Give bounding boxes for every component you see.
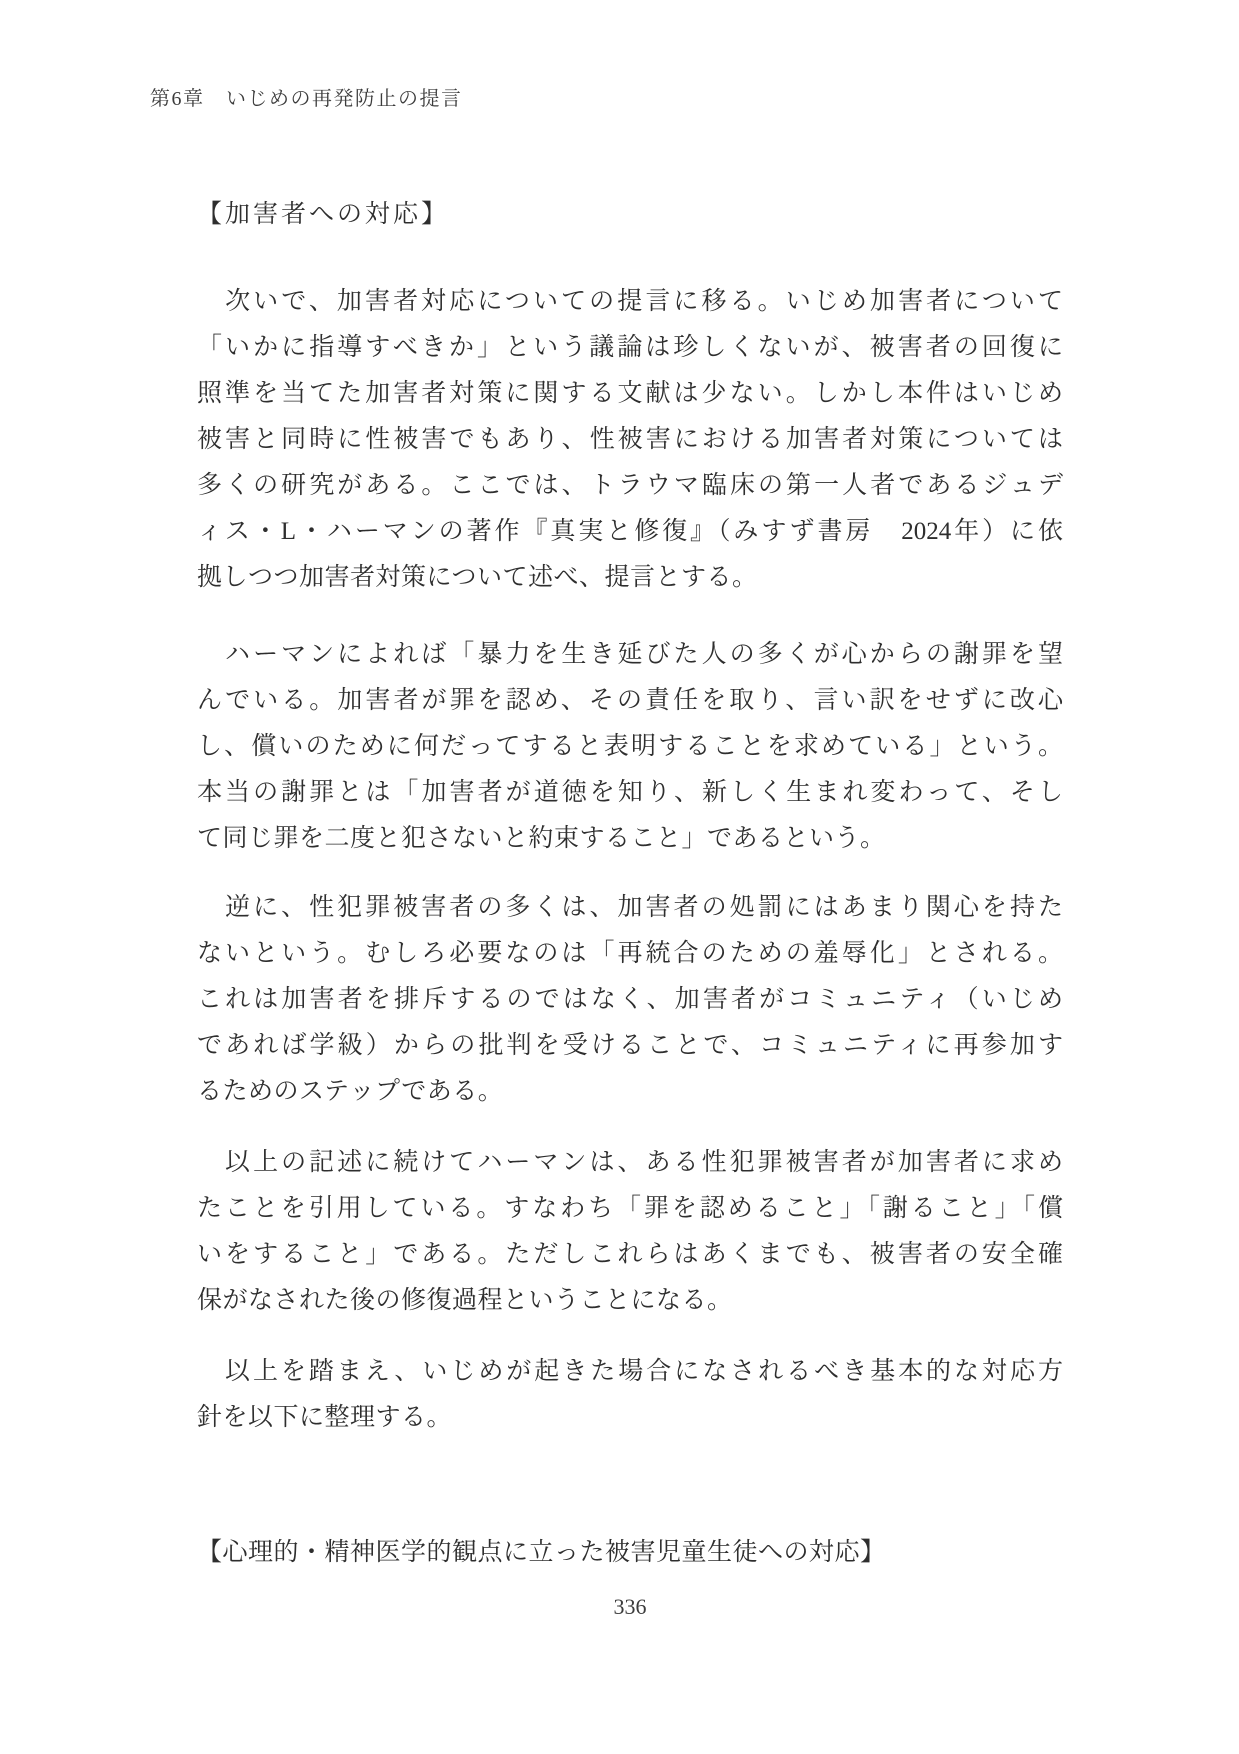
text-line: これは加害者を排斥するのではなく、加害者がコミュニティ（いじめ — [197, 977, 1063, 1023]
running-header: 第6章 いじめの再発防止の提言 — [150, 82, 463, 111]
paragraph-summary-policy: 以上を踏まえ、いじめが起きた場合になされるべき基本的な対応方針を以下に整理する。 — [197, 1349, 1063, 1441]
text-line: 保がなされた後の修復過程ということになる。 — [197, 1278, 1063, 1324]
text-line: ハーマンによれば「暴力を生き延びた人の多くが心からの謝罪を望 — [197, 632, 1063, 678]
text-line: 拠しつつ加害者対策について述べ、提言とする。 — [197, 555, 1063, 601]
text-line: るためのステップである。 — [197, 1069, 1063, 1115]
text-line: 「いかに指導すべきか」という議論は珍しくないが、被害者の回復に — [197, 325, 1063, 371]
text-line: 次いで、加害者対応についての提言に移る。いじめ加害者について — [197, 279, 1063, 325]
text-line: いをすること」である。ただしこれらはあくまでも、被害者の安全確 — [197, 1232, 1063, 1278]
document-page: 第6章 いじめの再発防止の提言 【加害者への対応】 次いで、加害者対応についての… — [0, 0, 1239, 1754]
paragraph-reintegrative-shaming: 逆に、性犯罪被害者の多くは、加害者の処罰にはあまり関心を持たないという。むしろ必… — [197, 885, 1063, 1115]
text-line: 本当の謝罪とは「加害者が道徳を知り、新しく生まれ変わって、そし — [197, 770, 1063, 816]
text-line: 以上の記述に続けてハーマンは、ある性犯罪被害者が加害者に求め — [197, 1140, 1063, 1186]
paragraph-intro-offender-policy: 次いで、加害者対応についての提言に移る。いじめ加害者について「いかに指導すべきか… — [197, 279, 1063, 601]
text-line: 被害と同時に性被害でもあり、性被害における加害者対策については — [197, 417, 1063, 463]
text-line: 針を以下に整理する。 — [197, 1395, 1063, 1441]
text-line: であれば学級）からの批判を受けることで、コミュニティに再参加す — [197, 1023, 1063, 1069]
text-line: 以上を踏まえ、いじめが起きた場合になされるべき基本的な対応方 — [197, 1349, 1063, 1395]
paragraph-victim-demands: 以上の記述に続けてハーマンは、ある性犯罪被害者が加害者に求めたことを引用している… — [197, 1140, 1063, 1324]
text-line: し、償いのために何だってすると表明することを求めている」という。 — [197, 724, 1063, 770]
page-number: 336 — [197, 1594, 1063, 1620]
text-line: たことを引用している。すなわち「罪を認めること」「謝ること」「償 — [197, 1186, 1063, 1232]
section-heading-offender-response: 【加害者への対応】 — [197, 194, 449, 230]
text-line: 多くの研究がある。ここでは、トラウマ臨床の第一人者であるジュデ — [197, 463, 1063, 509]
text-line: んでいる。加害者が罪を認め、その責任を取り、言い訳をせずに改心 — [197, 678, 1063, 724]
text-line: て同じ罪を二度と犯さないと約束すること」であるという。 — [197, 816, 1063, 862]
text-line: ィス・L・ハーマンの著作『真実と修復』（みすず書房 2024年）に依 — [197, 509, 1063, 555]
section-heading-psychological-response: 【心理的・精神医学的観点に立った被害児童生徒への対応】 — [197, 1532, 886, 1568]
text-line: ないという。むしろ必要なのは「再統合のための羞辱化」とされる。 — [197, 931, 1063, 977]
paragraph-herman-apology: ハーマンによれば「暴力を生き延びた人の多くが心からの謝罪を望んでいる。加害者が罪… — [197, 632, 1063, 862]
text-line: 逆に、性犯罪被害者の多くは、加害者の処罰にはあまり関心を持た — [197, 885, 1063, 931]
text-line: 照準を当てた加害者対策に関する文献は少ない。しかし本件はいじめ — [197, 371, 1063, 417]
